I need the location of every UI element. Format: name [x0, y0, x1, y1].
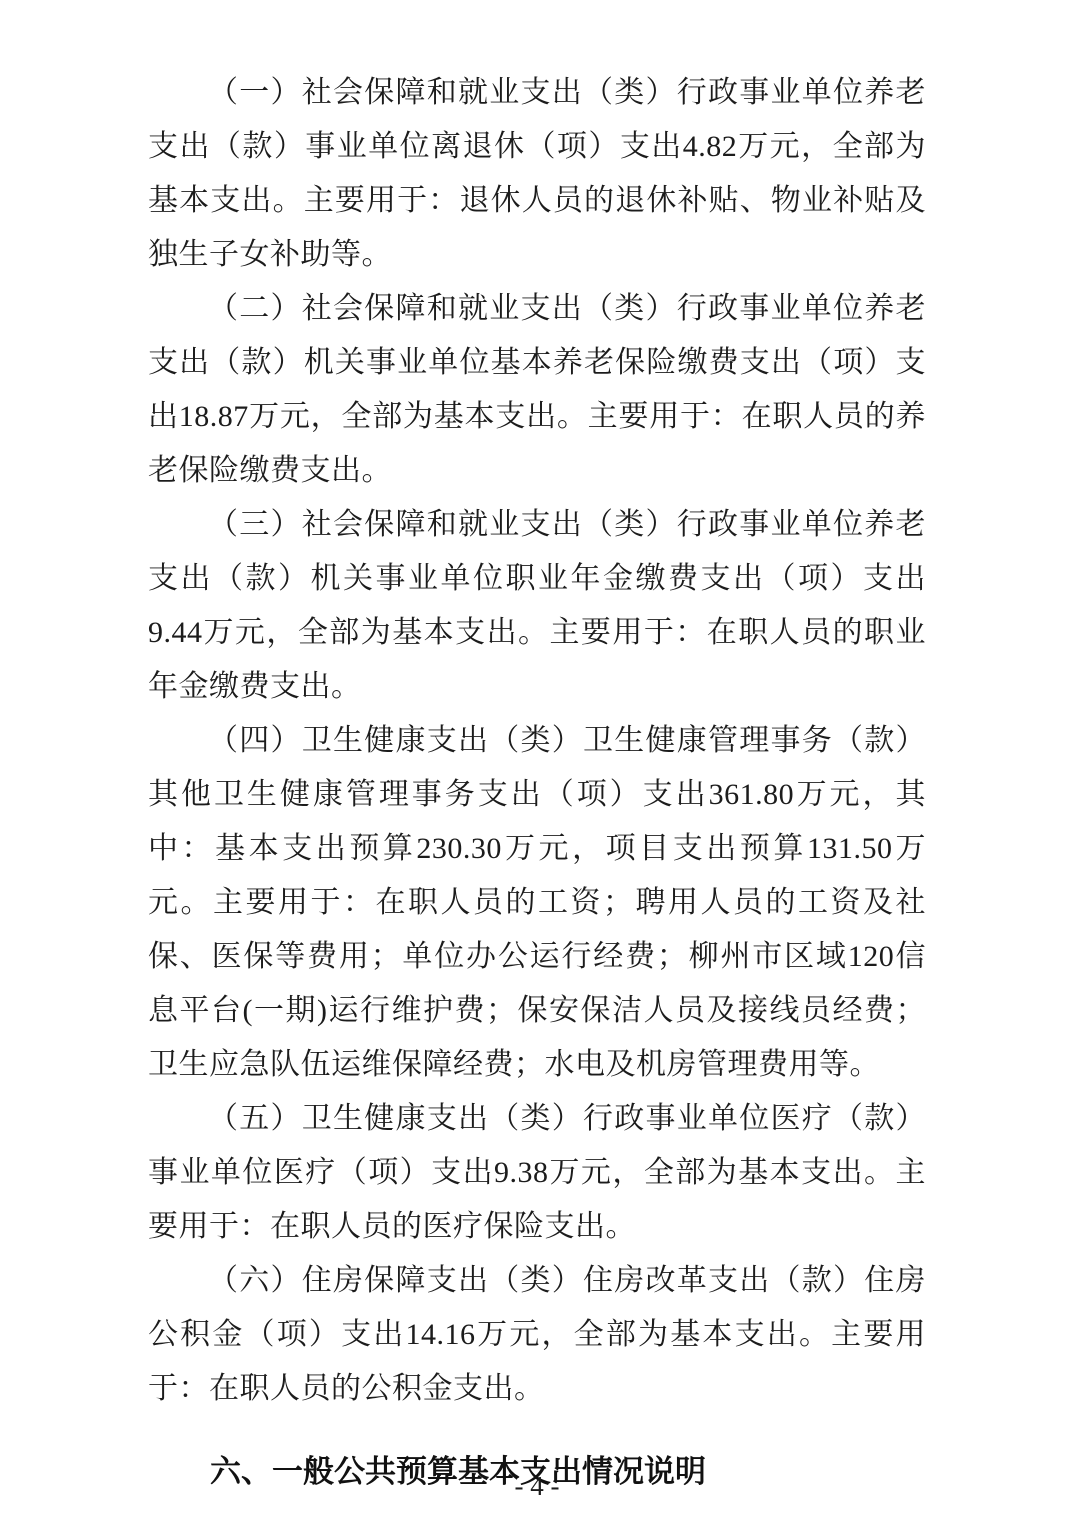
paragraph-item-4: （四）卫生健康支出（类）卫生健康管理事务（款）其他卫生健康管理事务支出（项）支出… — [148, 714, 926, 1092]
paragraph-item-5: （五）卫生健康支出（类）行政事业单位医疗（款）事业单位医疗（项）支出9.38万元… — [148, 1092, 926, 1254]
paragraph-item-3: （三）社会保障和就业支出（类）行政事业单位养老支出（款）机关事业单位职业年金缴费… — [148, 498, 926, 714]
paragraph-item-2: （二）社会保障和就业支出（类）行政事业单位养老支出（款）机关事业单位基本养老保险… — [148, 282, 926, 498]
document-body: （一）社会保障和就业支出（类）行政事业单位养老支出（款）事业单位离退休（项）支出… — [148, 66, 926, 1500]
paragraph-item-6: （六）住房保障支出（类）住房改革支出（款）住房公积金（项）支出14.16万元，全… — [148, 1254, 926, 1416]
paragraph-item-1: （一）社会保障和就业支出（类）行政事业单位养老支出（款）事业单位离退休（项）支出… — [148, 66, 926, 282]
page-number: - 4 - — [0, 1471, 1074, 1502]
document-page: （一）社会保障和就业支出（类）行政事业单位养老支出（款）事业单位离退休（项）支出… — [0, 0, 1074, 1520]
